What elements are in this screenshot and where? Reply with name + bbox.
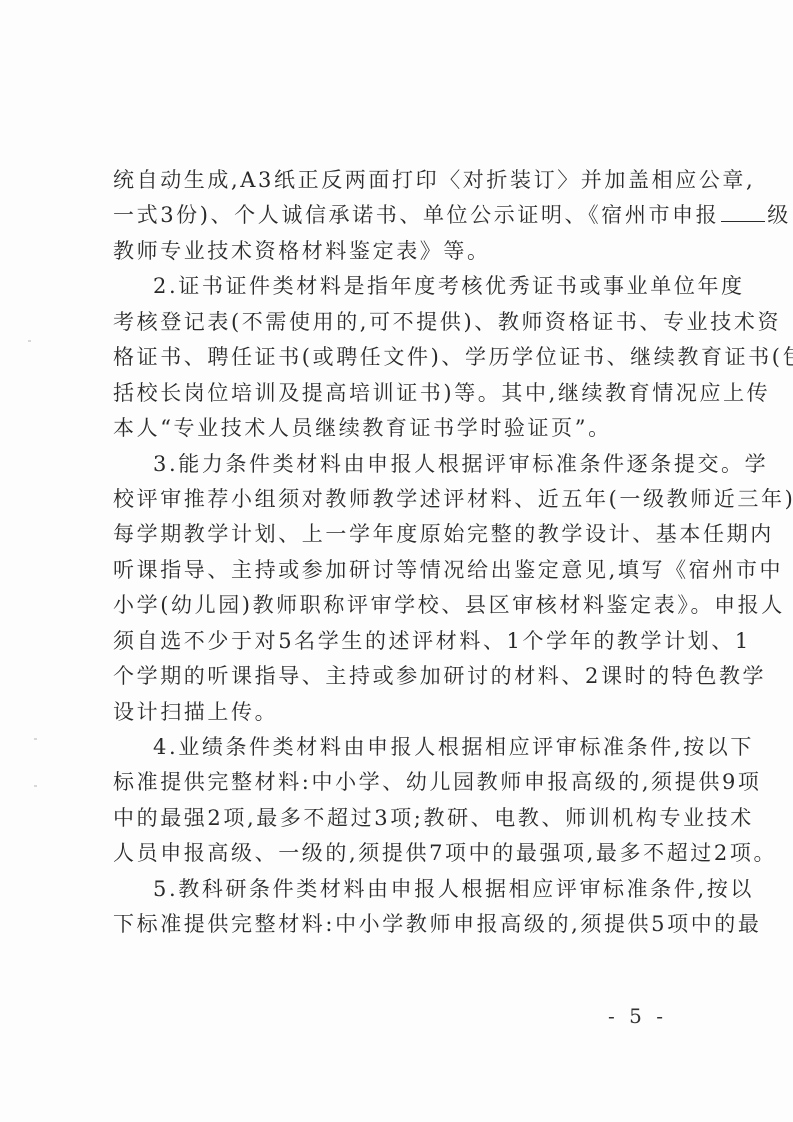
text-line: 5.教科研条件类材料由申报人根据相应评审标准条件,按以	[113, 872, 665, 907]
text-segment: 级	[767, 203, 791, 227]
text-line: 一式3份)、个人诚信承诺书、单位公示证明、《宿州市申报级	[113, 198, 665, 233]
text-line: 下标准提供完整材料:中小学教师申报高级的,须提供5项中的最	[113, 907, 665, 942]
paragraph-item-3: 3.能力条件类材料由申报人根据评审标准条件逐条提交。学 校评审推荐小组须对教师教…	[113, 447, 665, 731]
item-number: 2.	[153, 274, 178, 298]
text-line: 4.业绩条件类材料由申报人根据相应评审标准条件,按以下	[113, 730, 665, 765]
scan-speck	[34, 785, 37, 787]
text-line: 2.证书证件类材料是指年度考核优秀证书或事业单位年度	[113, 269, 665, 304]
text-line: 中的最强2项,最多不超过3项;教研、电教、师训机构专业技术	[113, 801, 665, 836]
text-line: 每学期教学计划、上一学年度原始完整的教学设计、基本任期内	[113, 517, 665, 552]
paragraph-item-4: 4.业绩条件类材料由申报人根据相应评审标准条件,按以下 标准提供完整材料:中小学…	[113, 730, 665, 872]
text-line: 设计扫描上传。	[113, 695, 665, 730]
text-line: 本人“专业技术人员继续教育证书学时验证页”。	[113, 411, 665, 446]
item-number: 4.	[153, 735, 178, 759]
text-segment: 能力条件类材料由申报人根据评审标准条件逐条提交。学	[178, 452, 768, 476]
text-line: 小学(幼儿园)教师职称评审学校、县区审核材料鉴定表》。申报人	[113, 588, 665, 623]
document-body: 统自动生成,A3纸正反两面打印〈对折装订〉并加盖相应公章, 一式3份)、个人诚信…	[113, 163, 665, 943]
scan-speck	[34, 738, 37, 740]
text-line: 标准提供完整材料:中小学、幼儿园教师申报高级的,须提供9项	[113, 765, 665, 800]
document-page: 统自动生成,A3纸正反两面打印〈对折装订〉并加盖相应公章, 一式3份)、个人诚信…	[0, 0, 793, 1122]
item-number: 3.	[153, 452, 178, 476]
text-line: 3.能力条件类材料由申报人根据评审标准条件逐条提交。学	[113, 447, 665, 482]
text-segment: 教科研条件类材料由申报人根据相应评审标准条件,按以	[178, 877, 754, 901]
text-segment: 证书证件类材料是指年度考核优秀证书或事业单位年度	[178, 274, 744, 298]
scan-speck	[28, 340, 31, 342]
page-number: - 5 -	[608, 1004, 667, 1028]
paragraph-continuation: 统自动生成,A3纸正反两面打印〈对折装订〉并加盖相应公章, 一式3份)、个人诚信…	[113, 163, 665, 269]
text-line: 听课指导、主持或参加研讨等情况给出鉴定意见,填写《宿州市中	[113, 553, 665, 588]
text-line: 人员申报高级、一级的,须提供7项中的最强项,最多不超过2项。	[113, 836, 665, 871]
text-segment: 业绩条件类材料由申报人根据相应评审标准条件,按以下	[178, 735, 754, 759]
text-line: 须自选不少于对5名学生的述评材料、1个学年的教学计划、1	[113, 624, 665, 659]
text-line: 教师专业技术资格材料鉴定表》等。	[113, 234, 665, 269]
paragraph-item-2: 2.证书证件类材料是指年度考核优秀证书或事业单位年度 考核登记表(不需使用的,可…	[113, 269, 665, 446]
text-line: 考核登记表(不需使用的,可不提供)、教师资格证书、专业技术资	[113, 305, 665, 340]
fill-in-blank	[721, 203, 765, 222]
text-line: 个学期的听课指导、主持或参加研讨的材料、2课时的特色教学	[113, 659, 665, 694]
text-segment: 一式3份)、个人诚信承诺书、单位公示证明、《宿州市申报	[113, 203, 719, 227]
text-line: 统自动生成,A3纸正反两面打印〈对折装订〉并加盖相应公章,	[113, 163, 665, 198]
text-line: 格证书、聘任证书(或聘任文件)、学历学位证书、继续教育证书(包	[113, 340, 665, 375]
paragraph-item-5: 5.教科研条件类材料由申报人根据相应评审标准条件,按以 下标准提供完整材料:中小…	[113, 872, 665, 943]
text-line: 括校长岗位培训及提高培训证书)等。其中,继续教育情况应上传	[113, 376, 665, 411]
item-number: 5.	[153, 877, 178, 901]
text-line: 校评审推荐小组须对教师教学述评材料、近五年(一级教师近三年)	[113, 482, 665, 517]
